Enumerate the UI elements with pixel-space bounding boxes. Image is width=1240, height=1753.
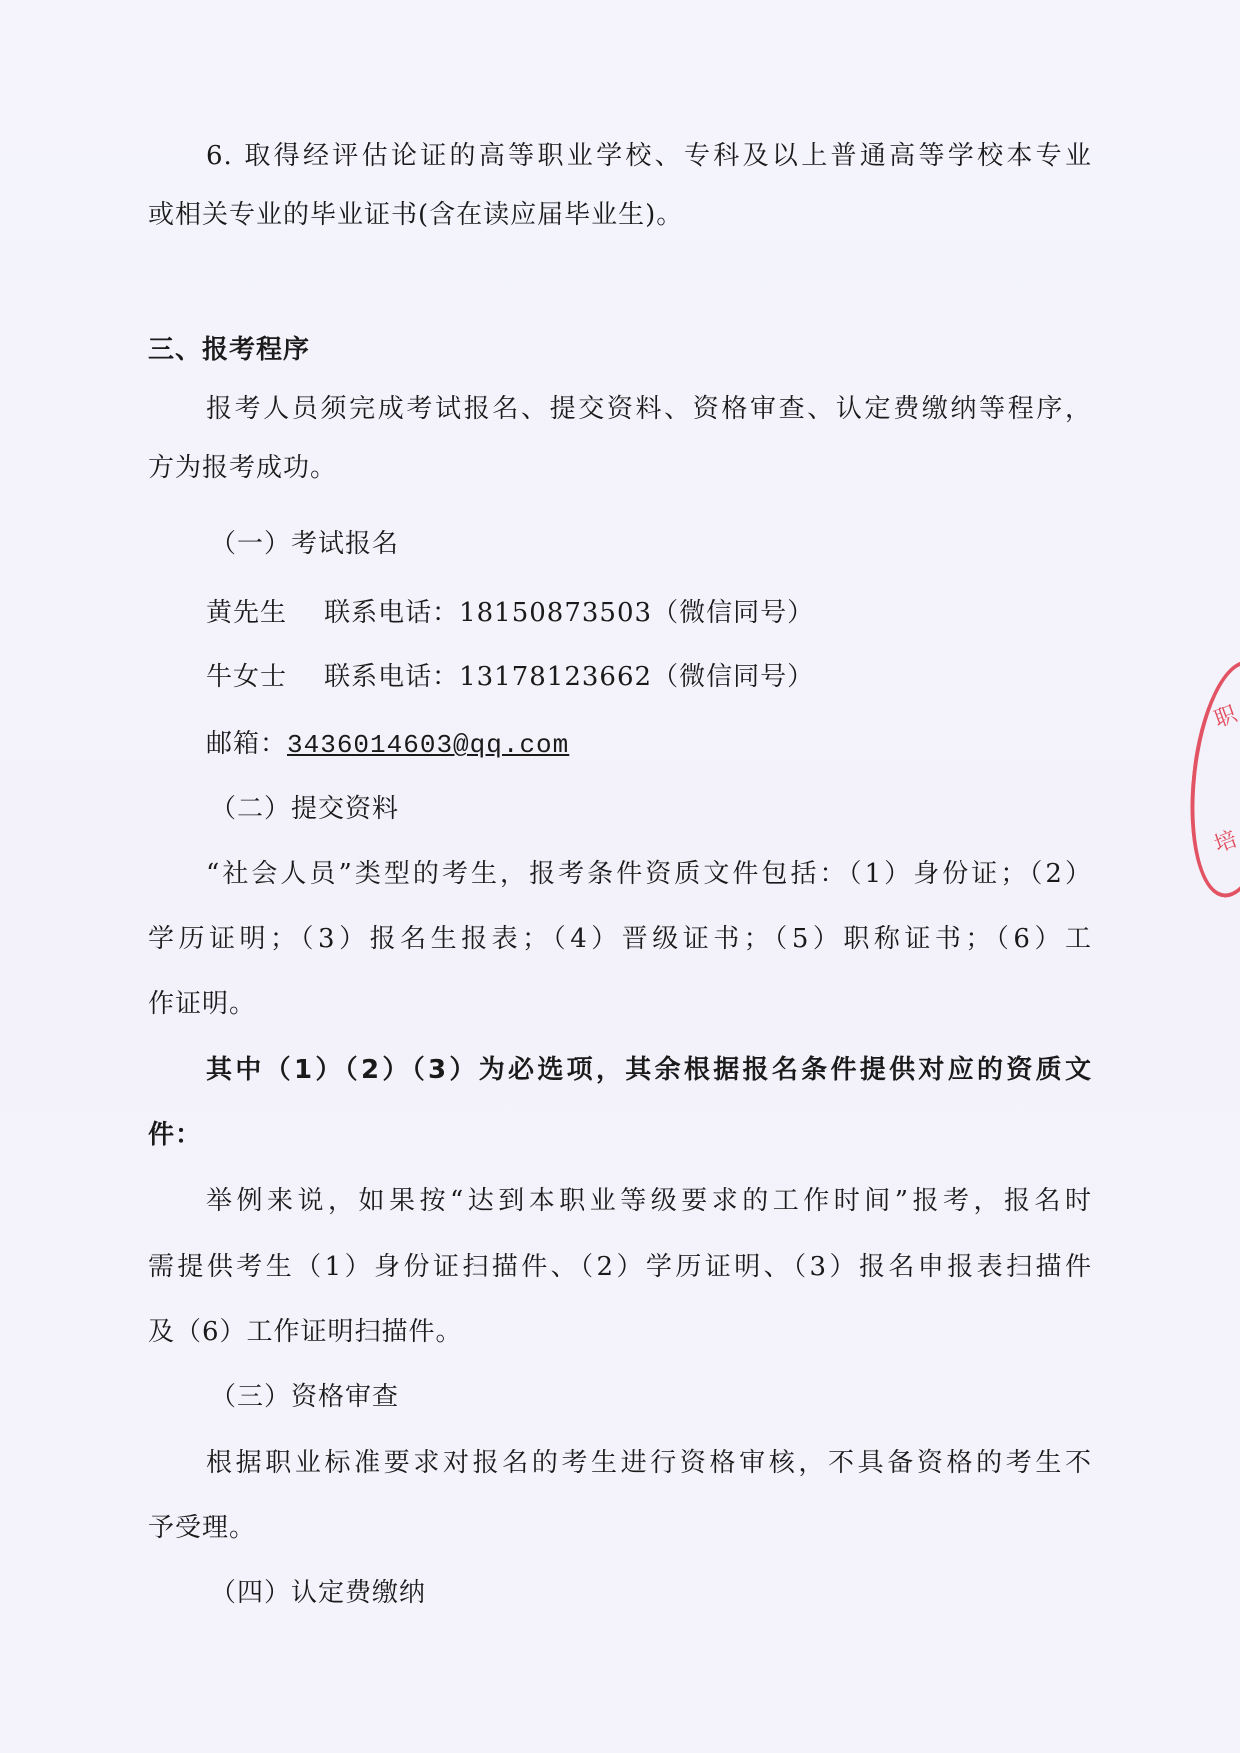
email-label: 邮箱： <box>206 729 287 759</box>
sub2-para-line1: “社会人员”类型的考生，报考条件资质文件包括：（1）身份证；（2） <box>206 857 1092 891</box>
official-seal-stamp <box>1180 656 1240 902</box>
contact-phone-label: 联系电话： <box>324 598 459 628</box>
section3-heading: 三、报考程序 <box>148 333 310 367</box>
sub2-heading: （二）提交资料 <box>210 792 399 826</box>
sub2-example-line3: 及（6）工作证明扫描件。 <box>148 1315 463 1349</box>
contact-row-2: 牛女士 联系电话：13178123662（微信同号） <box>206 660 814 694</box>
sub2-para-line3: 作证明。 <box>148 987 256 1021</box>
sub4-heading: （四）认定费缴纳 <box>210 1576 426 1610</box>
contact-note: （微信同号） <box>652 662 814 692</box>
sub2-example-line2: 需提供考生（1）身份证扫描件、（2）学历证明、（3）报名申报表扫描件 <box>148 1250 1092 1284</box>
sub2-para-line2: 学历证明；（3）报名生报表；（4）晋级证书；（5）职称证书；（6）工 <box>148 922 1092 956</box>
item6-line2: 或相关专业的毕业证书(含在读应届毕业生)。 <box>148 198 683 232</box>
document-page: 6. 取得经评估论证的高等职业学校、专科及以上普通高等学校本专业 或相关专业的毕… <box>0 0 1240 1753</box>
contact-name: 牛女士 <box>206 662 287 692</box>
contact-name: 黄先生 <box>206 598 287 628</box>
sub3-para-line2: 予受理。 <box>148 1511 256 1545</box>
contact-phone: 13178123662 <box>459 662 652 692</box>
item6-line1: 6. 取得经评估论证的高等职业学校、专科及以上普通高等学校本专业 <box>206 139 1092 173</box>
sub2-bold-line2: 件： <box>148 1118 202 1152</box>
sub1-heading: （一）考试报名 <box>210 527 399 561</box>
email-link[interactable]: 3436014603@qq.com <box>287 730 569 760</box>
contact-row-1: 黄先生 联系电话：18150873503（微信同号） <box>206 596 814 630</box>
sub2-example-line1: 举例来说，如果按“达到本职业等级要求的工作时间”报考，报名时 <box>206 1184 1092 1218</box>
email-row: 邮箱：3436014603@qq.com <box>206 727 569 762</box>
contact-phone: 18150873503 <box>459 598 652 628</box>
sub2-bold-line1: 其中（1）（2）（3）为必选项，其余根据报名条件提供对应的资质文 <box>206 1053 1092 1087</box>
sub3-para-line1: 根据职业标准要求对报名的考生进行资格审核，不具备资格的考生不 <box>206 1446 1092 1480</box>
contact-note: （微信同号） <box>652 598 814 628</box>
section3-intro-line1: 报考人员须完成考试报名、提交资料、资格审查、认定费缴纳等程序， <box>206 392 1092 426</box>
section3-intro-line2: 方为报考成功。 <box>148 451 337 485</box>
sub3-heading: （三）资格审查 <box>210 1380 399 1414</box>
contact-phone-label: 联系电话： <box>324 662 459 692</box>
